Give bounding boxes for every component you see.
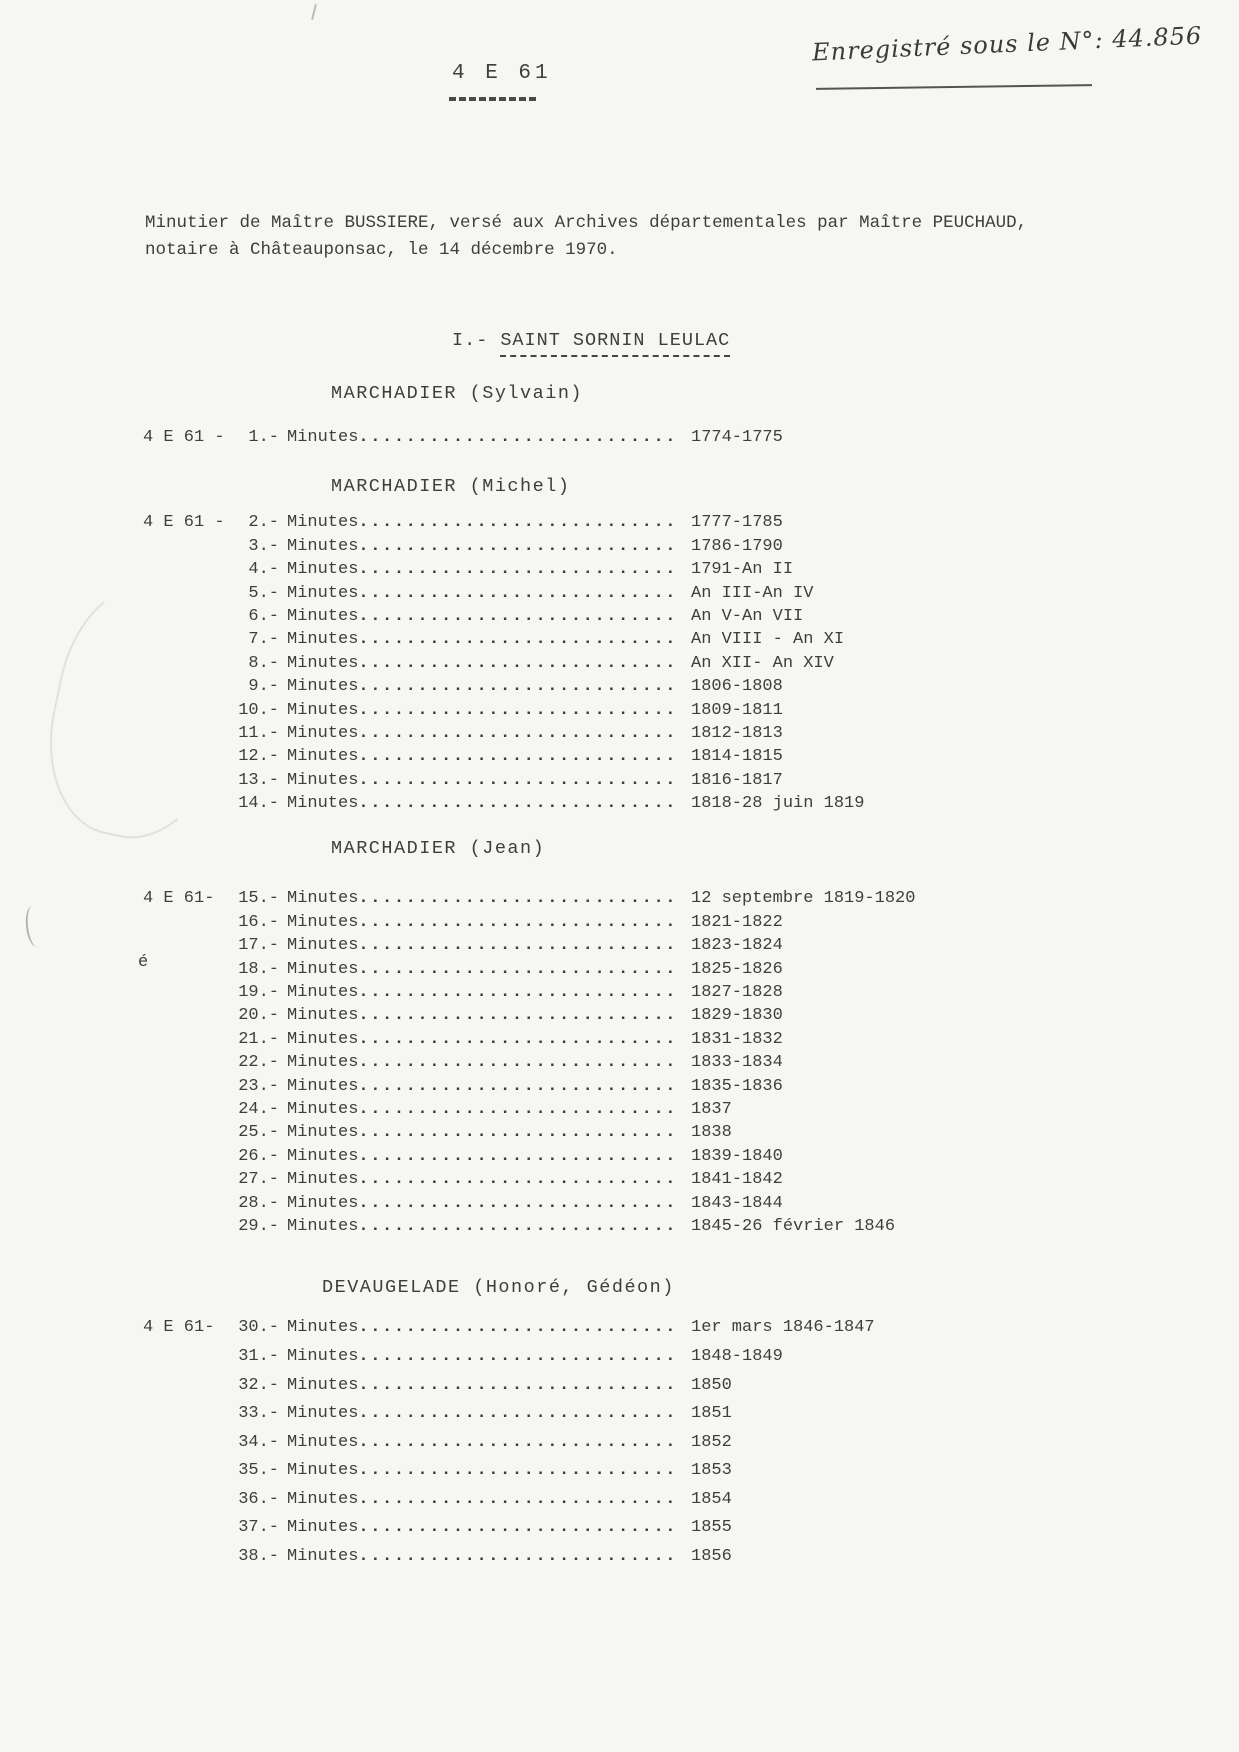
dot-leader: ........................................… <box>358 747 678 766</box>
notary-heading: MARCHADIER (Michel) <box>331 475 1239 499</box>
entry-date: 1816-1817 <box>678 771 1095 790</box>
entry-date: 12 septembre 1819-1820 <box>678 889 1095 908</box>
entry-number: 13.- <box>231 771 287 790</box>
dot-leader: ........................................… <box>358 794 678 813</box>
entry-label: Minutes <box>287 724 358 743</box>
entry-date: 1814-1815 <box>678 747 1095 766</box>
entry-label: Minutes <box>287 1077 358 1096</box>
inventory-row: 38.- Minutes ...........................… <box>143 1547 1095 1576</box>
dot-leader: ........................................… <box>358 1376 678 1395</box>
entry-label: Minutes <box>287 794 358 813</box>
inventory-row: 35.- Minutes ...........................… <box>143 1461 1095 1490</box>
entry-number: 15.- <box>231 889 287 908</box>
dot-leader: ........................................… <box>358 724 678 743</box>
dot-leader: ........................................… <box>358 584 678 603</box>
entry-label: Minutes <box>287 960 358 979</box>
dot-leader: ........................................… <box>358 1318 678 1337</box>
entry-number: 16.- <box>231 913 287 932</box>
dot-leader: ........................................… <box>358 1518 678 1537</box>
entry-number: 14.- <box>231 794 287 813</box>
dot-leader: ........................................… <box>358 654 678 673</box>
inventory-row: 20.- Minutes ...........................… <box>143 1006 1095 1029</box>
entry-label: Minutes <box>287 1318 358 1337</box>
entry-date: 1821-1822 <box>678 913 1095 932</box>
entry-label: Minutes <box>287 1006 358 1025</box>
entry-date: 1839-1840 <box>678 1147 1095 1166</box>
inventory-row: 22.- Minutes ...........................… <box>143 1053 1095 1076</box>
inventory-row: 33.- Minutes ...........................… <box>143 1404 1095 1433</box>
entry-label: Minutes <box>287 983 358 1002</box>
entry-label: Minutes <box>287 1123 358 1142</box>
entry-date: 1850 <box>678 1376 1095 1395</box>
notary-group: MARCHADIER (Sylvain) 4 E 61 - 1.- Minute… <box>0 382 1239 451</box>
entry-number: 35.- <box>231 1461 287 1480</box>
entry-rows: 4 E 61- 15.- Minutes ...................… <box>0 889 1239 1240</box>
entry-label: Minutes <box>287 701 358 720</box>
entry-date: 1853 <box>678 1461 1095 1480</box>
entry-number: 26.- <box>231 1147 287 1166</box>
entry-number: 25.- <box>231 1123 287 1142</box>
entry-date: 1823-1824 <box>678 936 1095 955</box>
dot-leader: ........................................… <box>358 771 678 790</box>
dot-leader: ........................................… <box>358 1170 678 1189</box>
inventory-row: 9.- Minutes ............................… <box>143 677 1095 700</box>
entry-number: 29.- <box>231 1217 287 1236</box>
entry-number: 23.- <box>231 1077 287 1096</box>
notary-heading: DEVAUGELADE (Honoré, Gédéon) <box>322 1276 1239 1300</box>
entry-label: Minutes <box>287 1194 358 1213</box>
dot-leader: ........................................… <box>358 1006 678 1025</box>
dot-leader: ........................................… <box>358 960 678 979</box>
entry-date: 1806-1808 <box>678 677 1095 696</box>
entry-date: 1825-1826 <box>678 960 1095 979</box>
entry-date: 1er mars 1846-1847 <box>678 1318 1095 1337</box>
entry-number: 24.- <box>231 1100 287 1119</box>
inventory-row: 4 E 61- 15.- Minutes ...................… <box>143 889 1095 912</box>
entry-date: 1838 <box>678 1123 1095 1142</box>
inventory-row: 5.- Minutes ............................… <box>143 584 1095 607</box>
inventory-row: 27.- Minutes ...........................… <box>143 1170 1095 1193</box>
entry-number: 18.- <box>231 960 287 979</box>
entry-number: 3.- <box>231 537 287 556</box>
dot-leader: ........................................… <box>358 1217 678 1236</box>
inventory-row: 14.- Minutes ...........................… <box>143 794 1095 817</box>
entry-label: Minutes <box>287 771 358 790</box>
entry-prefix: 4 E 61- <box>143 1318 231 1337</box>
entry-label: Minutes <box>287 537 358 556</box>
inventory-row: 28.- Minutes ...........................… <box>143 1194 1095 1217</box>
entry-date: 1791-An II <box>678 560 1095 579</box>
entry-date: 1774-1775 <box>678 428 1095 447</box>
entry-number: 38.- <box>231 1547 287 1566</box>
entry-label: Minutes <box>287 630 358 649</box>
entry-date: 1856 <box>678 1547 1095 1566</box>
entry-label: Minutes <box>287 1518 358 1537</box>
entry-label: Minutes <box>287 677 358 696</box>
inventory-row: 29.- Minutes ...........................… <box>143 1217 1095 1240</box>
entry-prefix: 4 E 61 - <box>143 513 231 532</box>
notary-heading: MARCHADIER (Sylvain) <box>331 382 1239 406</box>
entry-rows: 4 E 61 - 1.- Minutes ...................… <box>0 428 1239 451</box>
entry-number: 36.- <box>231 1490 287 1509</box>
inventory-row: 31.- Minutes ...........................… <box>143 1347 1095 1376</box>
inventory-row: 7.- Minutes ............................… <box>143 630 1095 653</box>
entry-label: Minutes <box>287 1547 358 1566</box>
entry-label: Minutes <box>287 428 358 447</box>
dot-leader: ........................................… <box>358 983 678 1002</box>
entry-number: 27.- <box>231 1170 287 1189</box>
entry-date: 1854 <box>678 1490 1095 1509</box>
entry-label: Minutes <box>287 936 358 955</box>
inventory-row: 10.- Minutes ...........................… <box>143 701 1095 724</box>
dot-leader: ........................................… <box>358 1547 678 1566</box>
entry-label: Minutes <box>287 1100 358 1119</box>
entry-number: 31.- <box>231 1347 287 1366</box>
entry-prefix: 4 E 61- <box>143 889 231 908</box>
dot-leader: ........................................… <box>358 1077 678 1096</box>
entry-label: Minutes <box>287 1461 358 1480</box>
inventory-row: 34.- Minutes ...........................… <box>143 1433 1095 1462</box>
entry-label: Minutes <box>287 654 358 673</box>
inventory-row: 3.- Minutes ............................… <box>143 537 1095 560</box>
inventory-row: 25.- Minutes ...........................… <box>143 1123 1095 1146</box>
entry-label: Minutes <box>287 913 358 932</box>
entry-label: Minutes <box>287 1347 358 1366</box>
inventory-row: 18.- Minutes ...........................… <box>143 960 1095 983</box>
entry-number: 33.- <box>231 1404 287 1423</box>
entry-date: An VIII - An XI <box>678 630 1095 649</box>
entry-number: 4.- <box>231 560 287 579</box>
inventory-row: 4 E 61 - 1.- Minutes ...................… <box>143 428 1095 451</box>
inventory-row: 23.- Minutes ...........................… <box>143 1077 1095 1100</box>
entry-number: 30.- <box>231 1318 287 1337</box>
scanned-document-page: 4 E 61 Enregistré sous le N°: 44.856 Min… <box>0 0 1239 1752</box>
inventory-row: 21.- Minutes ...........................… <box>143 1030 1095 1053</box>
entry-date: 1829-1830 <box>678 1006 1095 1025</box>
inventory-row: 4.- Minutes ............................… <box>143 560 1095 583</box>
notary-group: MARCHADIER (Jean) 4 E 61- 15.- Minutes .… <box>0 837 1239 1240</box>
dot-leader: ........................................… <box>358 630 678 649</box>
entry-number: 12.- <box>231 747 287 766</box>
entry-number: 17.- <box>231 936 287 955</box>
entry-label: Minutes <box>287 747 358 766</box>
entry-label: Minutes <box>287 1433 358 1452</box>
entry-label: Minutes <box>287 607 358 626</box>
entry-number: 19.- <box>231 983 287 1002</box>
entry-number: 11.- <box>231 724 287 743</box>
inventory-row: 12.- Minutes ...........................… <box>143 747 1095 770</box>
inventory-row: 4 E 61 - 2.- Minutes ...................… <box>143 513 1095 536</box>
dot-leader: ........................................… <box>358 1347 678 1366</box>
dot-leader: ........................................… <box>358 1030 678 1049</box>
inventory-row: 37.- Minutes ...........................… <box>143 1518 1095 1547</box>
entry-date: 1809-1811 <box>678 701 1095 720</box>
inventory-row: 8.- Minutes ............................… <box>143 654 1095 677</box>
entry-label: Minutes <box>287 560 358 579</box>
dot-leader: ........................................… <box>358 677 678 696</box>
entry-date: An XII- An XIV <box>678 654 1095 673</box>
entry-label: Minutes <box>287 1404 358 1423</box>
inventory-listing: MARCHADIER (Sylvain) 4 E 61 - 1.- Minute… <box>0 0 1239 1752</box>
entry-date: 1851 <box>678 1404 1095 1423</box>
dot-leader: ........................................… <box>358 1404 678 1423</box>
inventory-row: 26.- Minutes ...........................… <box>143 1147 1095 1170</box>
entry-number: 6.- <box>231 607 287 626</box>
entry-number: 20.- <box>231 1006 287 1025</box>
entry-date: 1812-1813 <box>678 724 1095 743</box>
inventory-row: 36.- Minutes ...........................… <box>143 1490 1095 1519</box>
dot-leader: ........................................… <box>358 1490 678 1509</box>
inventory-row: 6.- Minutes ............................… <box>143 607 1095 630</box>
entry-number: 5.- <box>231 584 287 603</box>
entry-label: Minutes <box>287 1030 358 1049</box>
entry-number: 8.- <box>231 654 287 673</box>
entry-date: An V-An VII <box>678 607 1095 626</box>
entry-label: Minutes <box>287 1376 358 1395</box>
entry-date: 1855 <box>678 1518 1095 1537</box>
entry-date: 1843-1844 <box>678 1194 1095 1213</box>
entry-date: 1848-1849 <box>678 1347 1095 1366</box>
entry-rows: 4 E 61 - 2.- Minutes ...................… <box>0 513 1239 817</box>
inventory-row: 16.- Minutes ...........................… <box>143 913 1095 936</box>
entry-label: Minutes <box>287 1147 358 1166</box>
dot-leader: ........................................… <box>358 1194 678 1213</box>
inventory-row: 11.- Minutes ...........................… <box>143 724 1095 747</box>
entry-number: 10.- <box>231 701 287 720</box>
inventory-row: 24.- Minutes ...........................… <box>143 1100 1095 1123</box>
inventory-row: 13.- Minutes ...........................… <box>143 771 1095 794</box>
entry-label: Minutes <box>287 1053 358 1072</box>
dot-leader: ........................................… <box>358 1147 678 1166</box>
entry-number: 7.- <box>231 630 287 649</box>
entry-date: 1845-26 février 1846 <box>678 1217 1095 1236</box>
entry-date: 1833-1834 <box>678 1053 1095 1072</box>
dot-leader: ........................................… <box>358 513 678 532</box>
inventory-row: 32.- Minutes ...........................… <box>143 1376 1095 1405</box>
entry-label: Minutes <box>287 584 358 603</box>
entry-date: 1827-1828 <box>678 983 1095 1002</box>
entry-number: 34.- <box>231 1433 287 1452</box>
entry-number: 28.- <box>231 1194 287 1213</box>
entry-date: 1852 <box>678 1433 1095 1452</box>
entry-number: 9.- <box>231 677 287 696</box>
dot-leader: ........................................… <box>358 607 678 626</box>
entry-date: 1835-1836 <box>678 1077 1095 1096</box>
entry-date: 1837 <box>678 1100 1095 1119</box>
dot-leader: ........................................… <box>358 936 678 955</box>
dot-leader: ........................................… <box>358 1433 678 1452</box>
dot-leader: ........................................… <box>358 889 678 908</box>
entry-date: 1777-1785 <box>678 513 1095 532</box>
entry-date: 1818-28 juin 1819 <box>678 794 1095 813</box>
entry-date: An III-An IV <box>678 584 1095 603</box>
entry-number: 37.- <box>231 1518 287 1537</box>
entry-number: 32.- <box>231 1376 287 1395</box>
entry-rows: 4 E 61- 30.- Minutes ...................… <box>0 1318 1239 1575</box>
inventory-row: 4 E 61- 30.- Minutes ...................… <box>143 1318 1095 1347</box>
dot-leader: ........................................… <box>358 1053 678 1072</box>
entry-date: 1841-1842 <box>678 1170 1095 1189</box>
dot-leader: ........................................… <box>358 428 678 447</box>
entry-label: Minutes <box>287 889 358 908</box>
inventory-row: 17.- Minutes ...........................… <box>143 936 1095 959</box>
entry-number: 1.- <box>231 428 287 447</box>
notary-group: MARCHADIER (Michel) 4 E 61 - 2.- Minutes… <box>0 475 1239 817</box>
notary-heading: MARCHADIER (Jean) <box>331 837 1239 861</box>
dot-leader: ........................................… <box>358 560 678 579</box>
dot-leader: ........................................… <box>358 701 678 720</box>
dot-leader: ........................................… <box>358 913 678 932</box>
dot-leader: ........................................… <box>358 1100 678 1119</box>
entry-number: 21.- <box>231 1030 287 1049</box>
entry-date: 1786-1790 <box>678 537 1095 556</box>
inventory-row: 19.- Minutes ...........................… <box>143 983 1095 1006</box>
entry-label: Minutes <box>287 1490 358 1509</box>
entry-date: 1831-1832 <box>678 1030 1095 1049</box>
dot-leader: ........................................… <box>358 1123 678 1142</box>
entry-label: Minutes <box>287 1217 358 1236</box>
entry-number: 22.- <box>231 1053 287 1072</box>
dot-leader: ........................................… <box>358 1461 678 1480</box>
entry-number: 2.- <box>231 513 287 532</box>
entry-prefix: 4 E 61 - <box>143 428 231 447</box>
entry-label: Minutes <box>287 513 358 532</box>
dot-leader: ........................................… <box>358 537 678 556</box>
entry-label: Minutes <box>287 1170 358 1189</box>
notary-group: DEVAUGELADE (Honoré, Gédéon) 4 E 61- 30.… <box>0 1276 1239 1575</box>
